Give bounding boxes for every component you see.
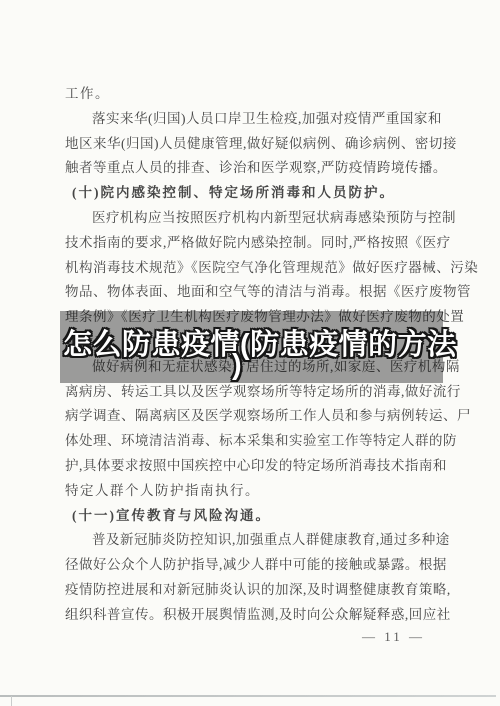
- page-number: — 11 —: [362, 629, 425, 645]
- body-text-line: 落实来华(归国)人员口岸卫生检疫,加强对疫情严重国家和: [65, 107, 440, 132]
- body-text-line: 离病房、转运工具以及医学观察场所等特定场所的消毒,做好流行: [65, 380, 440, 405]
- section-heading: (十)院内感染控制、特定场所消毒和人员防护。: [65, 181, 440, 206]
- scanned-page: 工作。 落实来华(归国)人员口岸卫生检疫,加强对疫情严重国家和 地区来华(归国)…: [0, 0, 500, 706]
- watermark-title-line1: 怎么防患疫情(防患疫情的方法: [63, 322, 457, 363]
- section-heading: (十一)宣传教育与风险沟通。: [65, 504, 440, 529]
- scan-edge-mark: [11, 696, 12, 706]
- body-text-line: 地区来华(归国)人员健康管理,做好疑似病例、确诊病例、密切接: [65, 132, 440, 157]
- body-text-line: 医疗机构应当按照医疗机构内新型冠状病毒感染预防与控制: [65, 206, 440, 231]
- body-text-line: 触者等重点人员的排查、诊治和医学观察,严防疫情跨境传播。: [65, 156, 440, 181]
- body-text-line: 普及新冠肺炎防控知识,加强重点人群健康教育,通过多种途: [65, 528, 440, 553]
- body-text-line: 病学调查、隔离病区及医学观察场所工作人员和参与病例转运、尸: [65, 404, 440, 429]
- page-bottom-rule: [0, 695, 496, 697]
- body-text-line: 机构消毒技术规范》《医院空气净化管理规范》做好医疗器械、污染: [65, 256, 440, 281]
- body-text-line: 物品、物体表面、地面和空气等的清洁与消毒。根据《医疗废物管: [65, 280, 440, 305]
- body-text-line: 径做好公众个人防护指导,减少人群中可能的接触或暴露。根据: [65, 553, 440, 578]
- watermark-title-line2: ): [232, 349, 242, 382]
- body-text-line: 特定人群个人防护指南执行。: [65, 479, 440, 504]
- body-text-line: 技术指南的要求,严格做好院内感染控制。同时,严格按照《医疗: [65, 231, 440, 256]
- body-text-line: 组织科普宣传。积极开展舆情监测,及时向公众解疑释惑,回应社: [65, 603, 440, 628]
- body-text-line: 体处理、环境清洁消毒、标本采集和实验室工作等特定人群的防: [65, 429, 440, 454]
- body-text-line: 护,具体要求按照中国疾控中心印发的特定场所消毒技术指南和: [65, 454, 440, 479]
- body-text-line: 工作。: [65, 82, 440, 107]
- body-text-line: 疫情防控进展和对新冠肺炎认识的加深,及时调整健康教育策略,: [65, 578, 440, 603]
